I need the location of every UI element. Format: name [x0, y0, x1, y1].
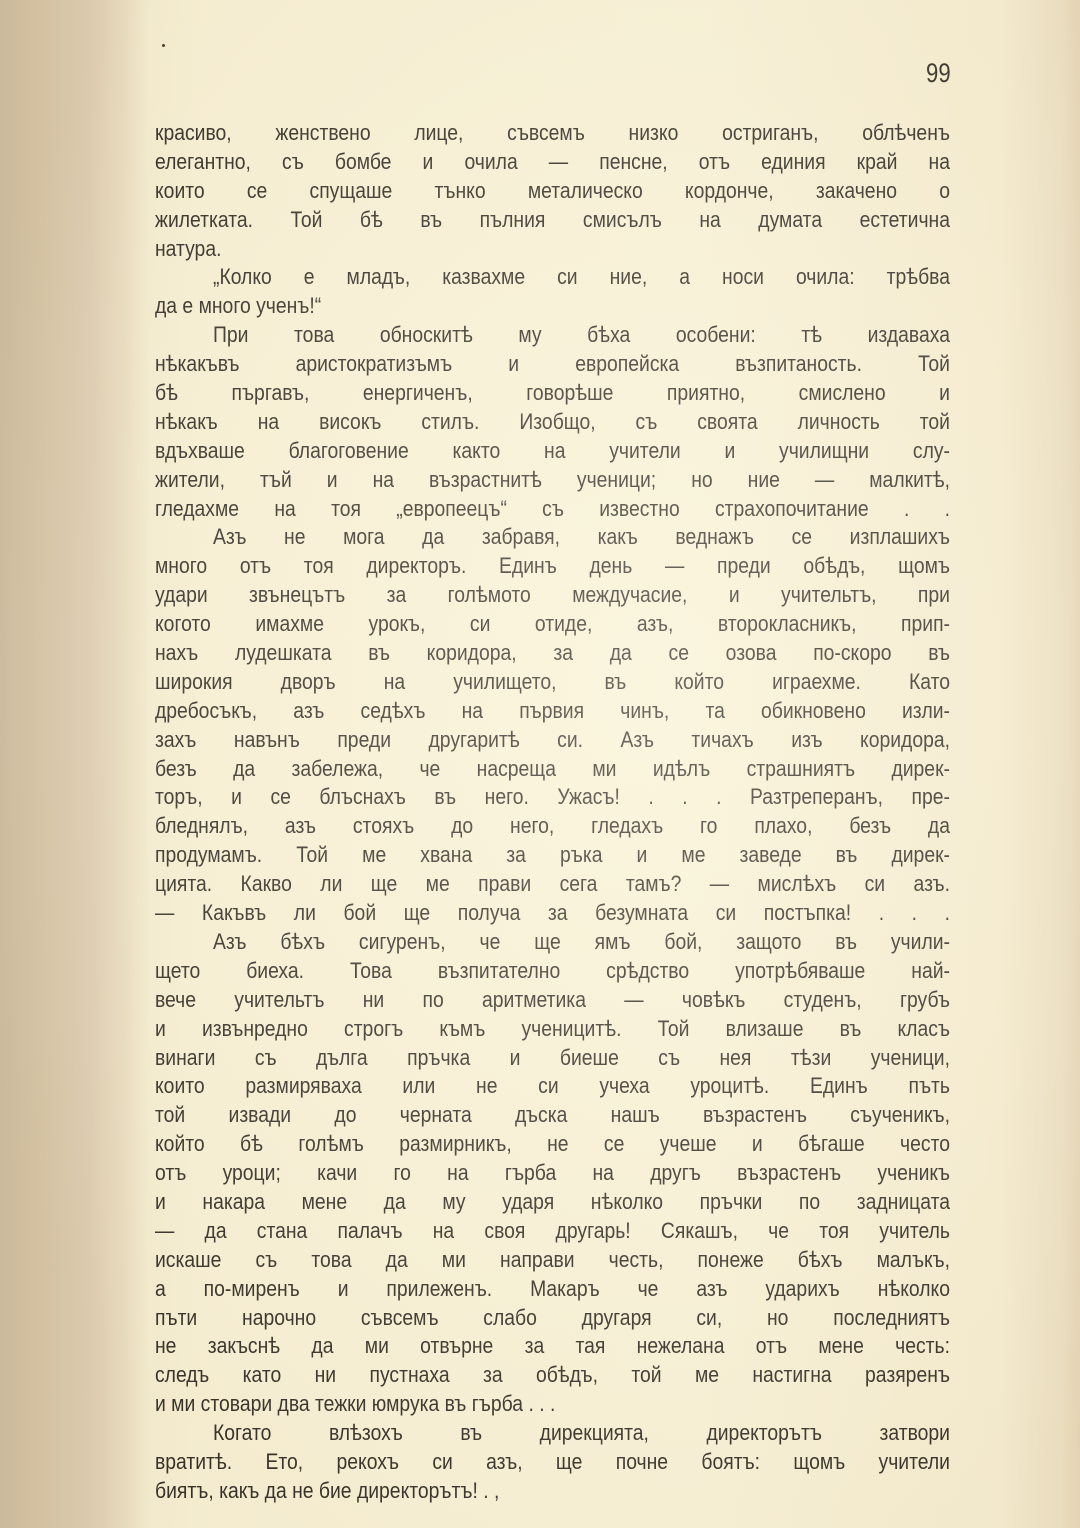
text-line: и накара мене да му ударя нѣколко пръчки… — [155, 1188, 950, 1217]
text-line: а по-миренъ и прилеженъ. Макаръ че азъ у… — [155, 1275, 950, 1304]
text-line: жилетката. Той бѣ въ пълния смисълъ на д… — [155, 206, 950, 235]
text-line: който бѣ голѣмъ размирникъ, не се учеше … — [155, 1130, 950, 1159]
text-line: бледнялъ, азъ стояхъ до него, гледахъ го… — [155, 812, 950, 841]
text-line: пъти нарочно съвсемъ слабо другаря си, н… — [155, 1304, 950, 1333]
text-line: които се спущаше тънко металическо кордо… — [155, 177, 950, 206]
text-line: да е много ученъ!“ — [155, 292, 950, 321]
text-line: не закъснѣ да ми отвърне за тая нежелана… — [155, 1332, 950, 1361]
paragraph-first-line: При това обноскитѣ му бѣха особени: тѣ и… — [155, 321, 950, 350]
text-line: той извади до черната дъска нашъ възраст… — [155, 1101, 950, 1130]
text-line: отъ уроци; качи го на гърба на другъ въз… — [155, 1159, 950, 1188]
text-line: следъ като ни пустнаха за обѣдъ, той ме … — [155, 1361, 950, 1390]
body-text: красиво, женствено лице, съвсемъ низко о… — [155, 119, 950, 1506]
text-line: и ми стовари два тежки юмрука въ гърба .… — [155, 1390, 950, 1419]
paragraph-first-line: Азъ не мога да забравя, какъ веднажъ се … — [155, 523, 950, 552]
text-line: гледахме на тоя „европеецъ“ съ известно … — [155, 495, 950, 524]
text-line: торъ, и се блъснахъ въ него. Ужасъ! . . … — [155, 783, 950, 812]
paragraph-first-line: Когато влѣзохъ въ дирекцията, директорът… — [155, 1419, 950, 1448]
text-line: които размиряваха или не си учеха уроцит… — [155, 1072, 950, 1101]
text-line: бѣ пъргавъ, енергиченъ, говорѣше приятно… — [155, 379, 950, 408]
text-line: захъ навънъ преди другаритѣ си. Азъ тича… — [155, 726, 950, 755]
book-page: 99 красиво, женствено лице, съвсемъ низк… — [0, 0, 1080, 1528]
text-line: нахъ лудешката въ коридора, за да се озо… — [155, 639, 950, 668]
text-line: елегантно, съ бомбе и очила — пенсне, от… — [155, 148, 950, 177]
text-line: вече учительтъ ни по аритметика — човѣкъ… — [155, 986, 950, 1015]
text-line: широкия дворъ на училището, въ който игр… — [155, 668, 950, 697]
text-line: красиво, женствено лице, съвсемъ низко о… — [155, 119, 950, 148]
text-line: биятъ, какъ да не бие директорътъ! . , — [155, 1477, 950, 1506]
text-line: жители, тъй и на възрастнитѣ ученици; но… — [155, 466, 950, 495]
text-line: удари звънецътъ за голѣмото междучасие, … — [155, 581, 950, 610]
page-number: 99 — [926, 58, 951, 89]
text-line: винаги съ дълга пръчка и биеше съ нея тѣ… — [155, 1044, 950, 1073]
print-speck — [162, 44, 165, 47]
text-line: нѣкакъвъ аристократизъмъ и европейска въ… — [155, 350, 950, 379]
text-line: — Какъвъ ли бой ще получа за безумната с… — [155, 899, 950, 928]
text-line: безъ да забележа, че насреща ми идѣлъ ст… — [155, 755, 950, 784]
paragraph-first-line: „Колко е младъ, казвахме си ние, а носи … — [155, 263, 950, 292]
text-line: натура. — [155, 235, 950, 264]
text-line: щето биеха. Това възпитателно срѣдство у… — [155, 957, 950, 986]
text-line: вдъхваше благоговение както на учители и… — [155, 437, 950, 466]
text-line: нѣкакъ на високъ стилъ. Изобщо, съ своят… — [155, 408, 950, 437]
text-line: — да стана палачъ на своя другарь! Сякаш… — [155, 1217, 950, 1246]
text-line: дребосъкъ, азъ седѣхъ на първия чинъ, та… — [155, 697, 950, 726]
text-line: когото имахме урокъ, си отиде, азъ, втор… — [155, 610, 950, 639]
text-line: продумамъ. Той ме хвана за ръка и ме зав… — [155, 841, 950, 870]
paragraph-first-line: Азъ бѣхъ сигуренъ, че ще ямъ бой, защото… — [155, 928, 950, 957]
text-line: искаше съ това да ми направи честь, поне… — [155, 1246, 950, 1275]
text-line: и извънредно строгъ къмъ ученицитѣ. Той … — [155, 1015, 950, 1044]
text-line: много отъ тоя директоръ. Единъ день — пр… — [155, 552, 950, 581]
text-line: цията. Какво ли ще ме прави сега тамъ? —… — [155, 870, 950, 899]
text-line: вратитѣ. Ето, рекохъ си азъ, ще почне бо… — [155, 1448, 950, 1477]
